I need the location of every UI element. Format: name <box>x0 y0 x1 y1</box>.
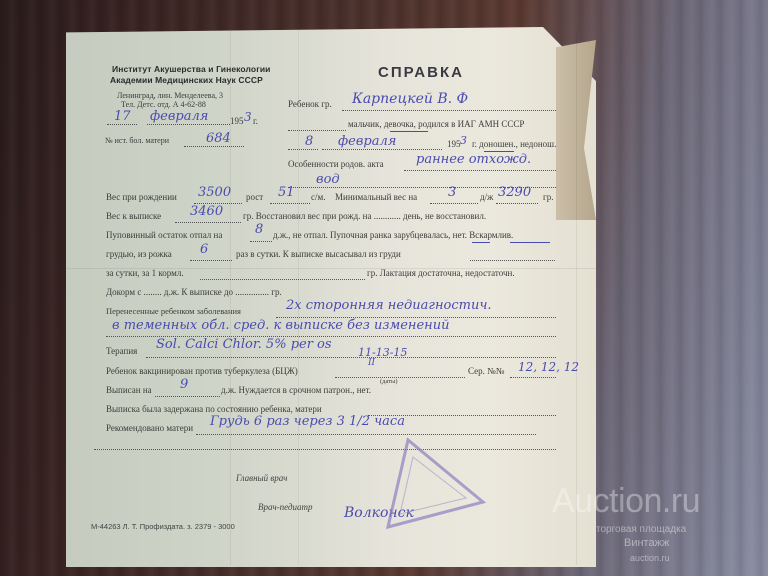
history-number-value: 684 <box>206 131 231 146</box>
watermark-sub2: Винтажж <box>624 537 669 549</box>
delay-text: Выписка была задержана по состоянию ребе… <box>106 404 322 414</box>
vaccination-dates-2: II <box>368 358 375 368</box>
min-weight-line <box>496 203 538 204</box>
fold-crease <box>230 30 231 565</box>
birth-term: г. доношен., недонош. <box>472 139 556 149</box>
therapy-value: Sol. Calci Chlor. 5% per os <box>156 337 332 352</box>
discharged-day-line <box>155 396 220 397</box>
birth-year-printed: 195 <box>447 139 461 149</box>
min-weight-label: Минимальный вес на <box>335 192 417 202</box>
watermark-brand: Auction.ru <box>552 482 700 521</box>
child-name-line <box>342 110 556 111</box>
min-weight-day-line <box>430 203 478 204</box>
discharge-weight-value: 3460 <box>190 204 223 219</box>
issue-month: февраля <box>150 109 208 124</box>
vaccination-date-caption: (даты) <box>380 378 398 385</box>
print-info: М-44263 Л. Т. Профиздата. з. 2379 - 3000 <box>91 522 235 531</box>
issue-year-printed: 195 <box>230 116 244 126</box>
diseases-value-1: 2х сторонняя недиагностич. <box>286 298 492 313</box>
min-weight-day-unit: д/ж <box>480 192 493 202</box>
umbilical-day-value: 8 <box>255 222 263 237</box>
umbilical-text-2: д.ж., не отпал. Пупочная ранка зарубцева… <box>273 230 513 240</box>
umbilical-text-1: Пуповинный остаток отпал на <box>106 230 222 240</box>
child-name-label: Ребенок гр. <box>288 99 332 109</box>
child-name-value: Карпецкей В. Ф <box>352 91 468 107</box>
delivery-value-2: вод <box>316 172 340 187</box>
discharge-weight-line <box>175 222 241 223</box>
discharged-label: Выписан на <box>106 385 152 395</box>
vaccination-label: Ребенок вакцинирован против туберкулеза … <box>106 366 298 376</box>
delivery-line-1 <box>404 170 556 171</box>
series-label: Сер. №№ <box>468 366 504 376</box>
feeding-text-1: грудью, из рожка <box>106 249 172 259</box>
feeding-times-line <box>190 260 232 261</box>
height-value: 51 <box>278 185 295 200</box>
breast-amount-line <box>470 260 555 261</box>
issue-day-line <box>107 124 137 125</box>
issue-year-hand: 3 <box>244 110 252 124</box>
sex-selected-underline <box>390 131 428 132</box>
birth-month: февраля <box>338 134 396 149</box>
institute-address: Ленинград, лин. Менделеева, 3 <box>117 91 223 100</box>
feeding-selected-underline <box>510 242 550 243</box>
watermark-sub3: auction.ru <box>630 553 670 563</box>
vaccination-date-line <box>335 377 465 378</box>
institute-name-line1: Институт Акушерства и Гинекологии <box>112 64 270 74</box>
triangular-stamp-icon <box>378 432 488 532</box>
series-value: 12, 12, 12 <box>518 360 579 374</box>
series-line <box>510 377 556 378</box>
issue-month-line <box>147 124 230 125</box>
supplement-text: Докорм с ........ д.ж. К выписке до ....… <box>106 287 282 297</box>
sex-blank-line <box>288 130 346 131</box>
height-unit: с/м. <box>311 192 325 202</box>
history-number-label: № ист. бол. матери <box>105 136 169 145</box>
issue-year-suffix: г. <box>253 116 258 126</box>
birth-month-line <box>322 149 442 150</box>
min-weight-unit: гр. <box>543 192 553 202</box>
therapy-label: Терапия <box>106 346 137 356</box>
height-line <box>270 203 310 204</box>
watermark-sub1: торговая площадка <box>596 524 686 535</box>
document-title: СПРАВКА <box>378 64 464 81</box>
min-weight-value: 3290 <box>498 185 531 200</box>
vaccination-dates: 11-13-15 <box>358 346 407 359</box>
birth-year-hand: 3 <box>460 134 467 147</box>
chief-doctor-label: Главный врач <box>236 473 287 483</box>
pediatrician-label: Врач-педиатр <box>258 502 313 512</box>
birth-weight-label: Вес при рождении <box>106 192 177 202</box>
per-feeding-line <box>200 279 365 280</box>
birth-day-line <box>288 149 318 150</box>
therapy-line <box>146 357 556 358</box>
birth-day: 8 <box>305 134 313 149</box>
umbilical-selected-underline <box>472 242 490 243</box>
patronage-text: д.ж. Нуждается в срочном патрон., нет. <box>221 385 371 395</box>
delivery-value-1: раннее отхожд. <box>416 152 531 167</box>
institute-phone: Тел. Детс. отд. А 4-62-88 <box>121 100 206 109</box>
min-weight-day: 3 <box>448 185 456 200</box>
issue-day: 17 <box>114 109 131 124</box>
birth-weight-value: 3500 <box>198 185 231 200</box>
institute-name-line2: Академии Медицинских Наук СССР <box>110 75 263 85</box>
recommend-value: Грудь 6 раз через 3 1/2 часа <box>210 414 405 429</box>
diseases-value-2: в теменных обл. сред. к выписке без изме… <box>112 318 450 333</box>
history-number-line <box>184 146 244 147</box>
diseases-label: Перенесенные ребенком заболевания <box>106 306 241 316</box>
feeding-text-3: за сутки, за 1 кормл. <box>106 268 184 278</box>
height-label: рост <box>246 192 263 202</box>
restored-weight-text: гр. Восстановил вес при рожд. на .......… <box>243 211 486 221</box>
discharged-day-value: 9 <box>180 377 188 392</box>
feeding-times-value: 6 <box>200 242 208 257</box>
discharge-weight-label: Вес к выписке <box>106 211 161 221</box>
recommend-label: Рекомендовано матери <box>106 423 193 433</box>
umbilical-day-line <box>250 241 272 242</box>
sex-options: мальчик, девочка, родился в ИАГ АМН СССР <box>348 119 524 129</box>
feeding-text-2: раз в сутки. К выписке высасывал из груд… <box>236 249 401 259</box>
delivery-label: Особенности родов. акта <box>288 159 384 169</box>
lactation-text: гр. Лактация достаточна, недостаточн. <box>367 268 515 278</box>
